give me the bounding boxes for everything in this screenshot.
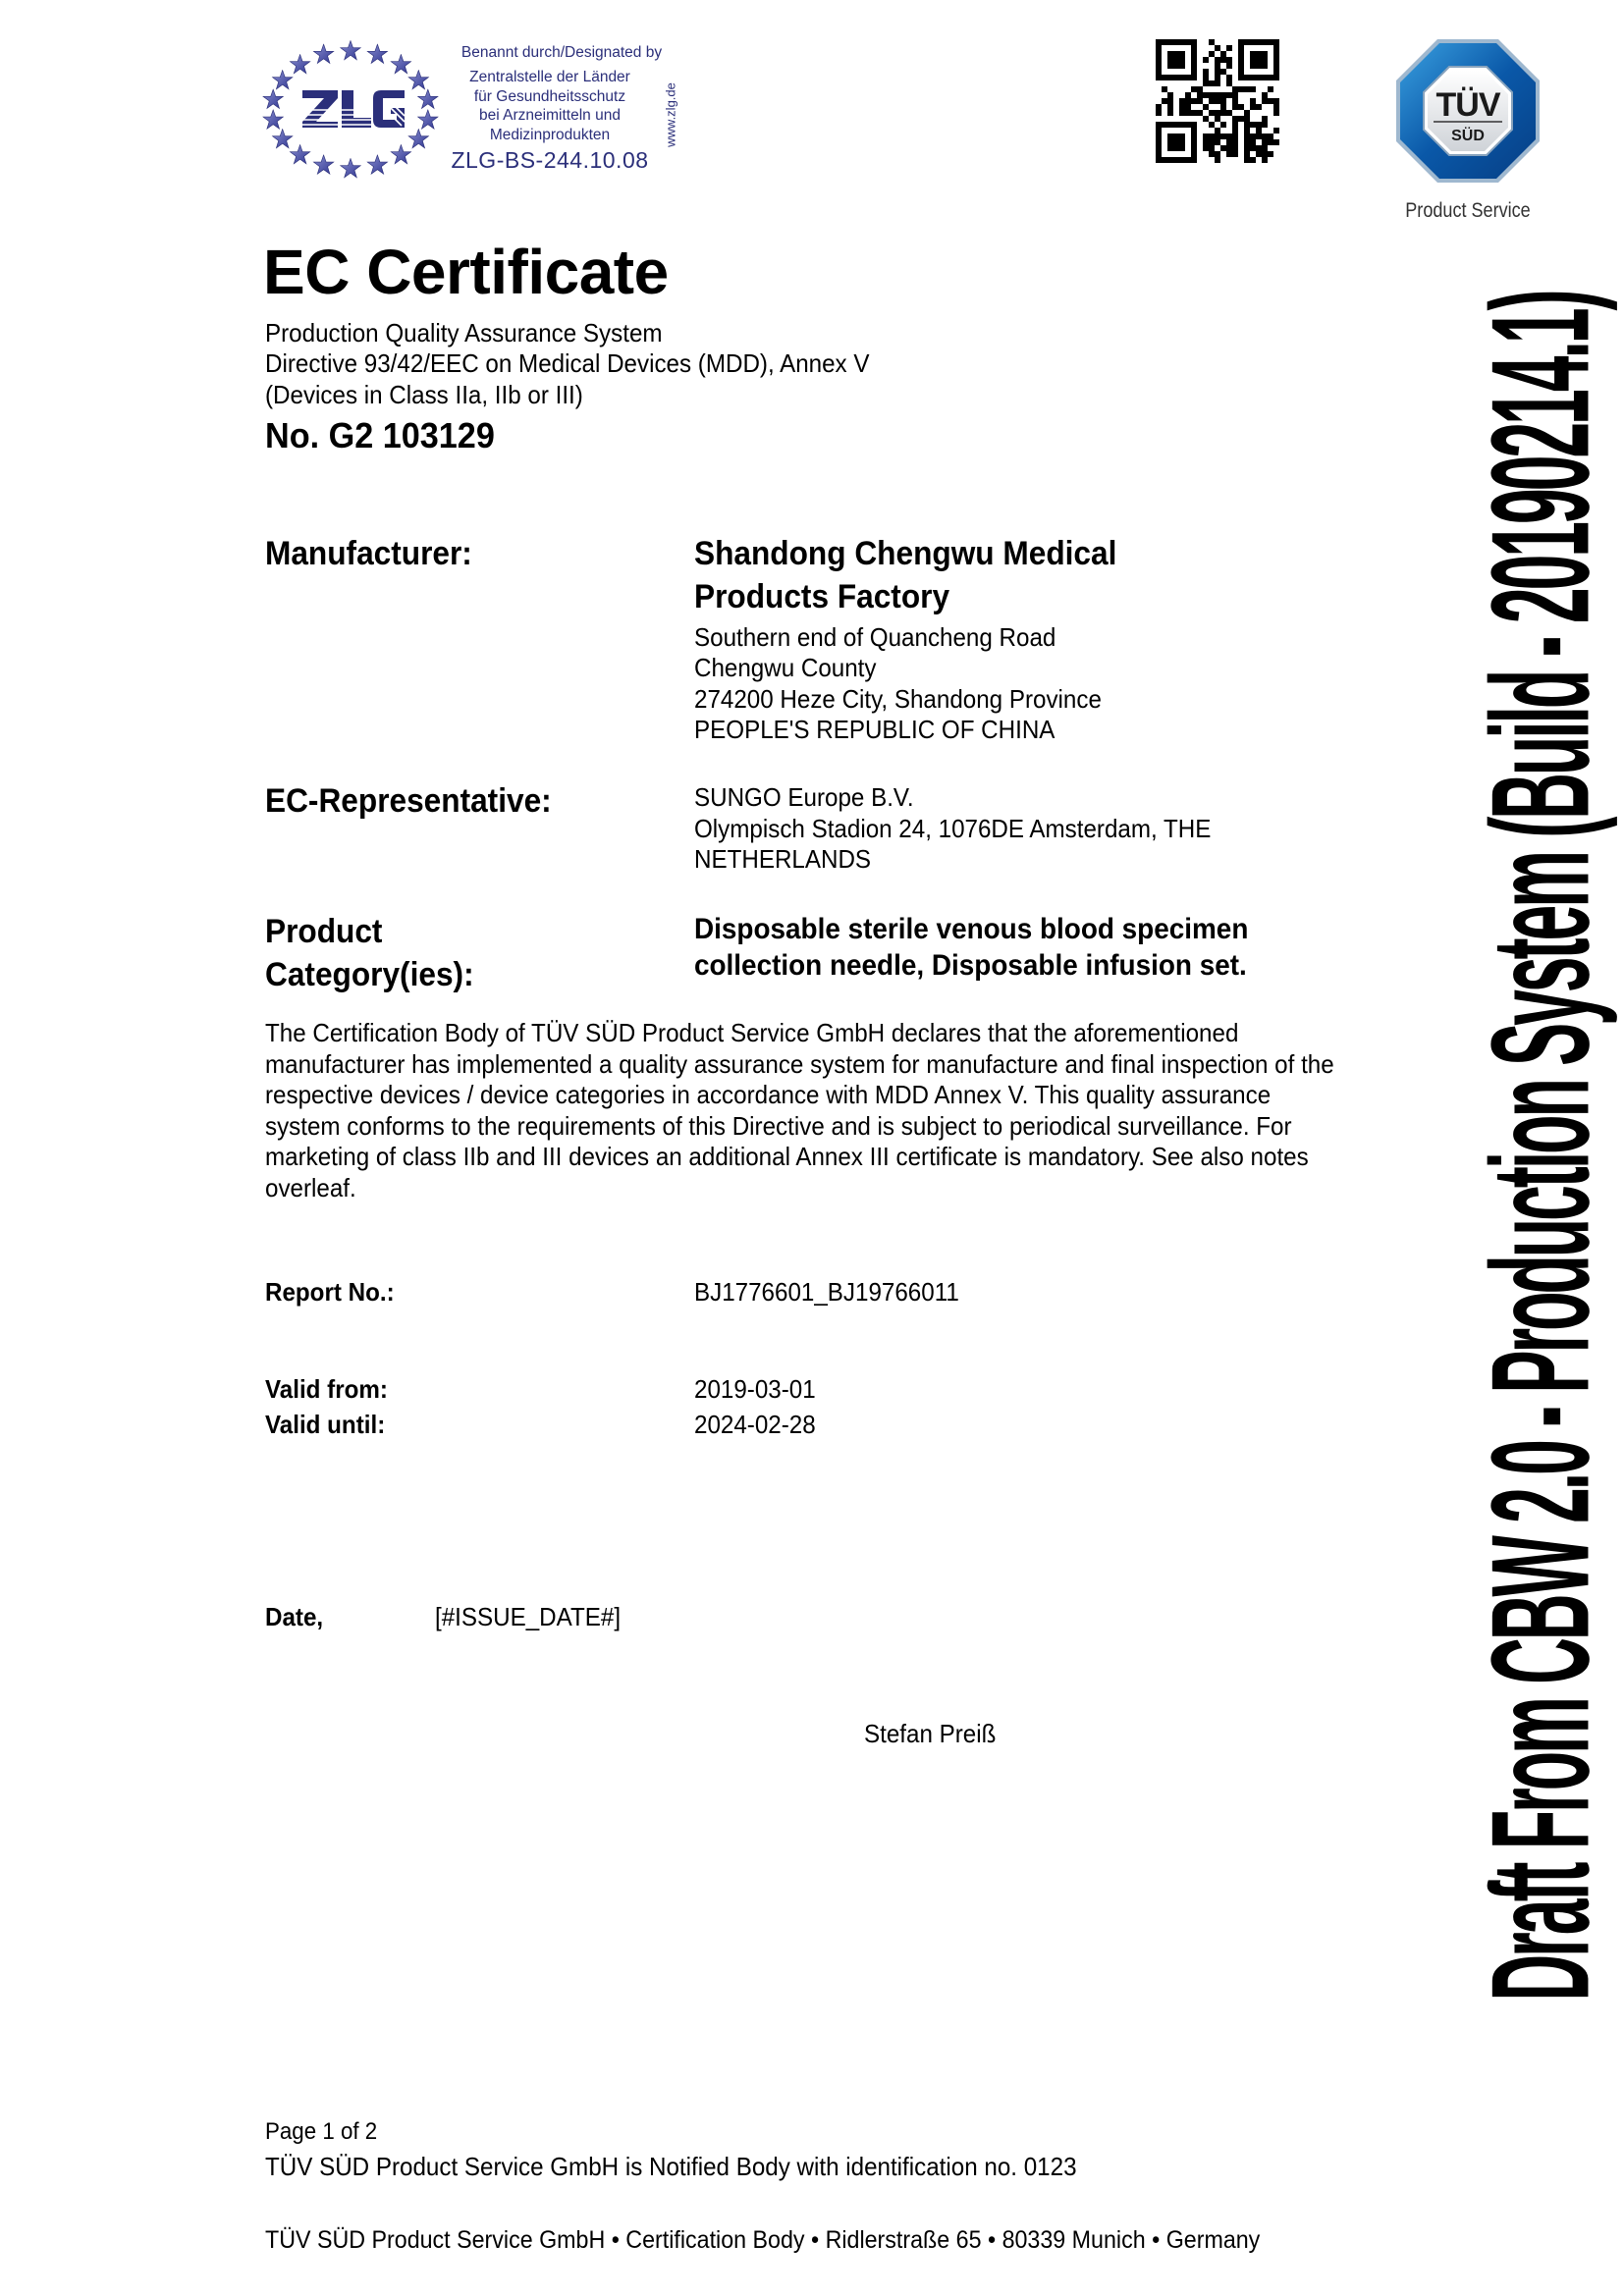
zlg-designated-by: Benannt durch/Designated by [439, 43, 684, 63]
ec-representative-line: NETHERLANDS [694, 844, 871, 875]
product-category-label: Category(ies): [265, 956, 474, 994]
issue-date-label: Date, [265, 1602, 323, 1632]
tuv-sud-logo: TÜV SÜD [1392, 35, 1543, 187]
declaration-line: overleaf. [265, 1173, 1452, 1204]
company-address: TÜV SÜD Product Service GmbH • Certifica… [265, 2226, 1260, 2255]
certificate-subtitle-line: Directive 93/42/EEC on Medical Devices (… [265, 348, 869, 379]
zlg-website: www.zlg.de [660, 73, 681, 157]
declaration-line: respective devices / device categories i… [265, 1080, 1452, 1111]
manufacturer-address-line: PEOPLE'S REPUBLIC OF CHINA [694, 715, 1055, 745]
valid-from-label: Valid from: [265, 1374, 388, 1405]
tuv-product-service-caption: Product Service [1396, 199, 1540, 223]
zlg-star-ring-icon [261, 39, 440, 185]
zlg-authority-line: für Gesundheitsschutz [439, 87, 661, 107]
manufacturer-address-line: Southern end of Quancheng Road [694, 622, 1056, 653]
ec-representative-label: EC-Representative: [265, 782, 552, 821]
declaration-line: marketing of class IIb and III devices a… [265, 1142, 1452, 1173]
svg-text:SÜD: SÜD [1451, 126, 1485, 144]
certificate-subtitle-line: (Devices in Class IIa, IIb or III) [265, 380, 583, 410]
valid-from-value: 2019-03-01 [694, 1374, 816, 1405]
zlg-authority-name: Zentralstelle der Länder für Gesundheits… [439, 68, 684, 144]
ec-representative-line: SUNGO Europe B.V. [694, 782, 914, 813]
declaration-paragraph: The Certification Body of TÜV SÜD Produc… [265, 1018, 1452, 1203]
declaration-line: manufacturer has implemented a quality a… [265, 1049, 1452, 1081]
manufacturer-name-line: Products Factory [694, 578, 949, 616]
qr-code-icon [1156, 39, 1279, 163]
issue-date-value: [#ISSUE_DATE#] [435, 1602, 621, 1632]
valid-until-value: 2024-02-28 [694, 1410, 816, 1440]
certificate-subtitle-line: Production Quality Assurance System [265, 318, 663, 348]
declaration-line: system conforms to the requirements of t… [265, 1111, 1452, 1143]
notified-body-statement: TÜV SÜD Product Service GmbH is Notified… [265, 2152, 1077, 2182]
ec-representative-line: Olympisch Stadion 24, 1076DE Amsterdam, … [694, 814, 1211, 844]
report-number-value: BJ1776601_BJ19766011 [694, 1277, 959, 1308]
product-category-value: collection needle, Disposable infusion s… [694, 949, 1247, 983]
page-number: Page 1 of 2 [265, 2118, 377, 2146]
manufacturer-address-line: Chengwu County [694, 653, 877, 683]
declaration-line: The Certification Body of TÜV SÜD Produc… [265, 1018, 1452, 1049]
zlg-authority-line: bei Arzneimitteln und [439, 106, 661, 126]
tuv-octagon-icon: TÜV SÜD [1392, 35, 1543, 187]
report-number-label: Report No.: [265, 1277, 395, 1308]
manufacturer-label: Manufacturer: [265, 535, 472, 573]
svg-text:TÜV: TÜV [1436, 86, 1501, 124]
certificate-title: EC Certificate [263, 236, 669, 308]
zlg-website-text: www.zlg.de [664, 82, 678, 147]
product-category-value: Disposable sterile venous blood specimen [694, 913, 1248, 946]
signatory-name: Stefan Preiß [864, 1719, 996, 1749]
draft-watermark: Draft From CBW 2.0 - Production System (… [1451, 459, 1624, 1834]
manufacturer-address-line: 274200 Heze City, Shandong Province [694, 684, 1102, 715]
draft-watermark-text: Draft From CBW 2.0 - Production System (… [1459, 292, 1619, 2001]
zlg-logo [261, 39, 440, 185]
valid-until-label: Valid until: [265, 1410, 385, 1440]
manufacturer-name-line: Shandong Chengwu Medical [694, 535, 1116, 573]
certificate-number: No. G2 103129 [265, 415, 495, 456]
zlg-authority-line: Medizinprodukten [439, 126, 661, 145]
zlg-authority-line: Zentralstelle der Länder [439, 68, 661, 87]
zlg-designation-block: Benannt durch/Designated by Zentralstell… [439, 43, 684, 174]
zlg-designation-code: ZLG-BS-244.10.08 [439, 146, 684, 174]
product-category-label: Product [265, 913, 382, 951]
